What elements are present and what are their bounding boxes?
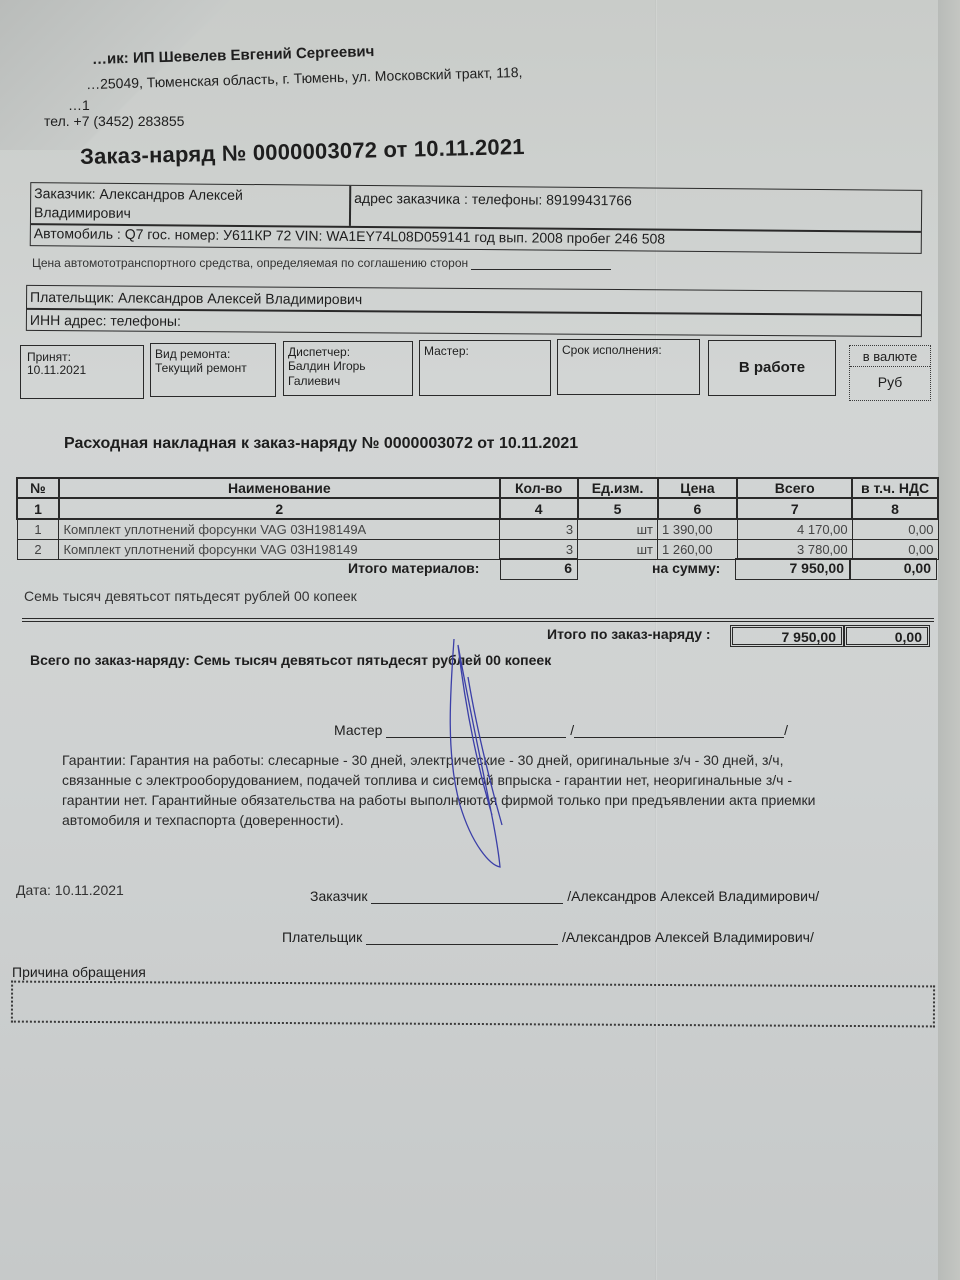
supplier-line: …ик: ИП Шевелев Евгений Сергеевич	[92, 43, 375, 68]
supplier-phone: тел. +7 (3452) 283855	[44, 113, 184, 129]
master-signature-label: Мастер	[334, 722, 382, 738]
status-box: В работе	[708, 340, 836, 396]
section-divider	[22, 618, 934, 622]
customer-signature-label: Заказчик	[310, 888, 368, 904]
master-box: Мастер:	[419, 340, 551, 396]
table-column-numbers-row: 1 2 4 5 6 7 8	[17, 498, 938, 519]
col-header-number: №	[17, 478, 59, 498]
paper-edge	[938, 0, 960, 1280]
order-total-sum: 7 950,00	[730, 625, 844, 647]
status-badge: В работе	[709, 359, 835, 376]
currency-label: в валюте	[850, 349, 930, 364]
repair-type-box: Вид ремонта: Текущий ремонт	[150, 343, 276, 397]
col-header-total: Всего	[737, 478, 852, 498]
payer-name: Плательщик: Александров Алексей Владимир…	[30, 289, 362, 307]
supplier-address-cont: …1	[68, 97, 90, 113]
master-label: Мастер:	[424, 344, 469, 358]
price-blank-line	[471, 256, 611, 270]
col-header-vat: в т.ч. НДС	[852, 478, 938, 498]
accepted-label: Принят:	[27, 350, 71, 364]
materials-total-label: Итого материалов:	[348, 560, 479, 576]
document-date: Дата: 10.11.2021	[16, 882, 124, 898]
payer-block: Плательщик: Александров Алексей Владимир…	[26, 285, 922, 337]
sum-total: 7 950,00	[735, 558, 850, 580]
customer-block: Заказчик: Александров Алексей Владимиров…	[30, 182, 923, 254]
supplier-prefix: …ик:	[92, 50, 129, 68]
payer-signature-name: /Александров Алексей Владимирович/	[562, 929, 814, 945]
sum-vat: 0,00	[850, 558, 937, 580]
repair-type-label: Вид ремонта:	[155, 347, 230, 361]
col-header-name: Наименование	[59, 478, 500, 498]
payer-signature-line: Плательщик /Александров Алексей Владимир…	[282, 929, 814, 945]
invoice-table: № Наименование Кол-во Ед.изм. Цена Всего…	[16, 477, 939, 560]
dispatcher-name-cont: Галиевич	[288, 374, 340, 388]
customer-name-cont: Владимирович	[34, 204, 131, 221]
customer-signature-line: Заказчик /Александров Алексей Владимиров…	[310, 888, 819, 904]
accepted-box: Принят: 10.11.2021	[20, 345, 144, 399]
customer-address-phone: адрес заказчика : телефоны: 89199431766	[354, 190, 632, 208]
deadline-label: Срок исполнения:	[562, 343, 662, 357]
currency-box: в валюте Руб	[849, 345, 931, 401]
repair-type-value: Текущий ремонт	[155, 361, 247, 375]
sum-label: на сумму:	[652, 560, 720, 576]
payer-signature-label: Плательщик	[282, 929, 362, 945]
order-title: Заказ-наряд № 0000003072 от 10.11.2021	[80, 134, 525, 170]
amount-in-words: Семь тысяч девятьсот пятьдесят рублей 00…	[24, 588, 357, 604]
supplier-name: ИП Шевелев Евгений Сергеевич	[133, 43, 375, 67]
order-total-label: Итого по заказ-наряду :	[547, 626, 711, 642]
dispatcher-box: Диспетчер: Балдин Игорь Галиевич	[283, 341, 413, 396]
invoice-title: Расходная накладная к заказ-наряду № 000…	[64, 435, 578, 453]
order-total-vat: 0,00	[844, 625, 930, 647]
col-header-price: Цена	[658, 478, 738, 498]
currency-value: Руб	[850, 374, 930, 390]
table-header-row: № Наименование Кол-во Ед.изм. Цена Всего…	[17, 478, 938, 498]
deadline-box: Срок исполнения:	[557, 339, 700, 395]
dispatcher-name: Балдин Игорь	[288, 359, 366, 373]
col-header-unit: Ед.изм.	[578, 478, 658, 498]
price-note: Цена автомототранспортного средства, опр…	[32, 256, 611, 270]
materials-total-qty: 6	[500, 558, 578, 580]
handwritten-signature	[440, 635, 530, 875]
col-header-qty: Кол-во	[500, 478, 578, 498]
table-row: 2 Комплект уплотнений форсунки VAG 03H19…	[17, 539, 938, 559]
supplier-address: …25049, Тюменская область, г. Тюмень, ул…	[86, 64, 523, 92]
table-row: 1 Комплект уплотнений форсунки VAG 03H19…	[17, 519, 938, 539]
reason-field[interactable]	[11, 981, 935, 1028]
payer-details: ИНН адрес: телефоны:	[30, 312, 181, 329]
dispatcher-label: Диспетчер:	[288, 345, 350, 359]
customer-name: Заказчик: Александров Алексей	[34, 185, 243, 203]
customer-signature-name: /Александров Алексей Владимирович/	[567, 888, 819, 904]
master-signature-line: Мастер //	[334, 722, 788, 738]
reason-label: Причина обращения	[12, 964, 146, 980]
accepted-value: 10.11.2021	[27, 363, 86, 377]
